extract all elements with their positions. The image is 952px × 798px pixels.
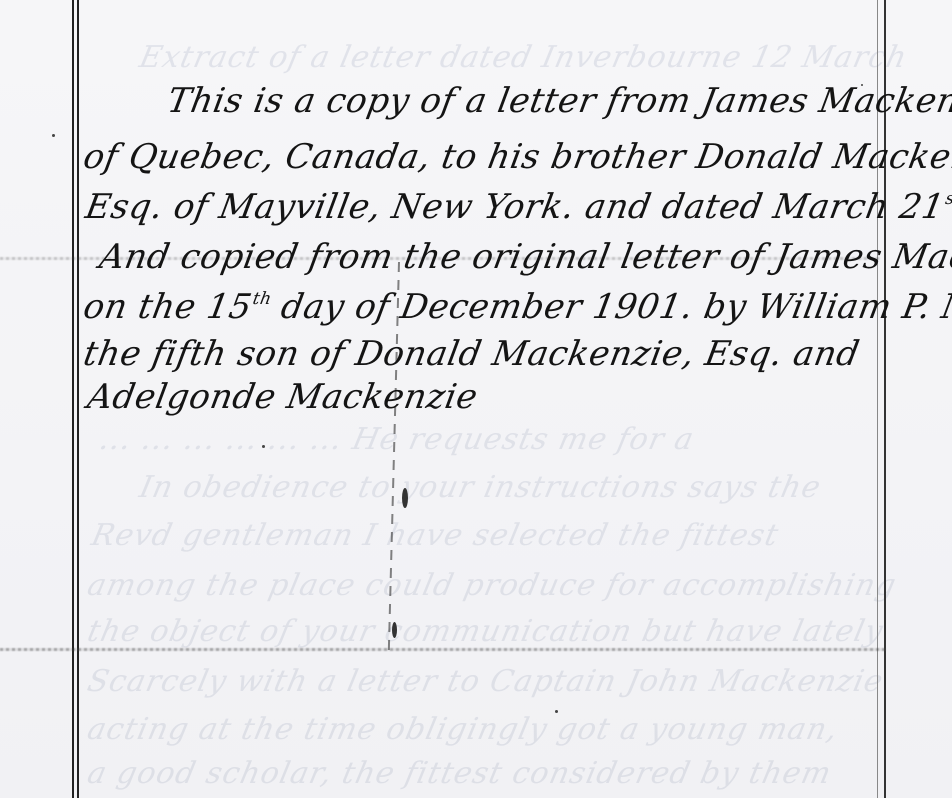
letter-line-1: This is a copy of a letter from James Ma… [165, 84, 952, 118]
left-margin-rule [72, 0, 74, 798]
ink-smudge [392, 622, 397, 638]
bleed-through-line: In obedience to your instructions says t… [136, 470, 885, 505]
letter-line-4: And copied from the original letter of J… [97, 240, 952, 274]
letter-line-7: Adelgonde Mackenzie [85, 380, 480, 414]
paper-speck [555, 710, 558, 713]
paper-speck [262, 445, 265, 448]
paper-speck [861, 84, 863, 86]
bleed-through-line: the object of your communication but hav… [84, 614, 885, 649]
paper-speck [905, 246, 907, 248]
bleed-through-line: Extract of a letter dated Inverbourne 12… [136, 40, 885, 75]
left-margin-rule-inner [77, 0, 79, 798]
scanned-page: Extract of a letter dated Inverbourne 12… [0, 0, 952, 798]
bleed-through-line: Revd gentleman I have selected the fitte… [88, 518, 885, 553]
ink-smudge [402, 488, 408, 508]
bleed-through-line: Scarcely with a letter to Captain John M… [84, 664, 885, 699]
letter-line-5: on the 15th day of December 1901. by Wil… [81, 290, 952, 324]
bleed-through-line: acting at the time obligingly got a youn… [84, 712, 885, 747]
letter-line-3: Esq. of Mayville, New York. and dated Ma… [83, 190, 952, 224]
fold-crease-lower [0, 648, 886, 651]
bleed-through-line: ... ... ... ... ... ... He requests me f… [96, 422, 885, 457]
bleed-through-line: a good scholar, the fittest considered b… [84, 756, 885, 791]
paper-speck [52, 134, 55, 137]
letter-line-6: the fifth son of Donald Mackenzie, Esq. … [81, 337, 862, 371]
letter-line-2: of Quebec, Canada, to his brother Donald… [81, 140, 952, 174]
bleed-through-line: among the place could produce for accomp… [84, 568, 885, 603]
